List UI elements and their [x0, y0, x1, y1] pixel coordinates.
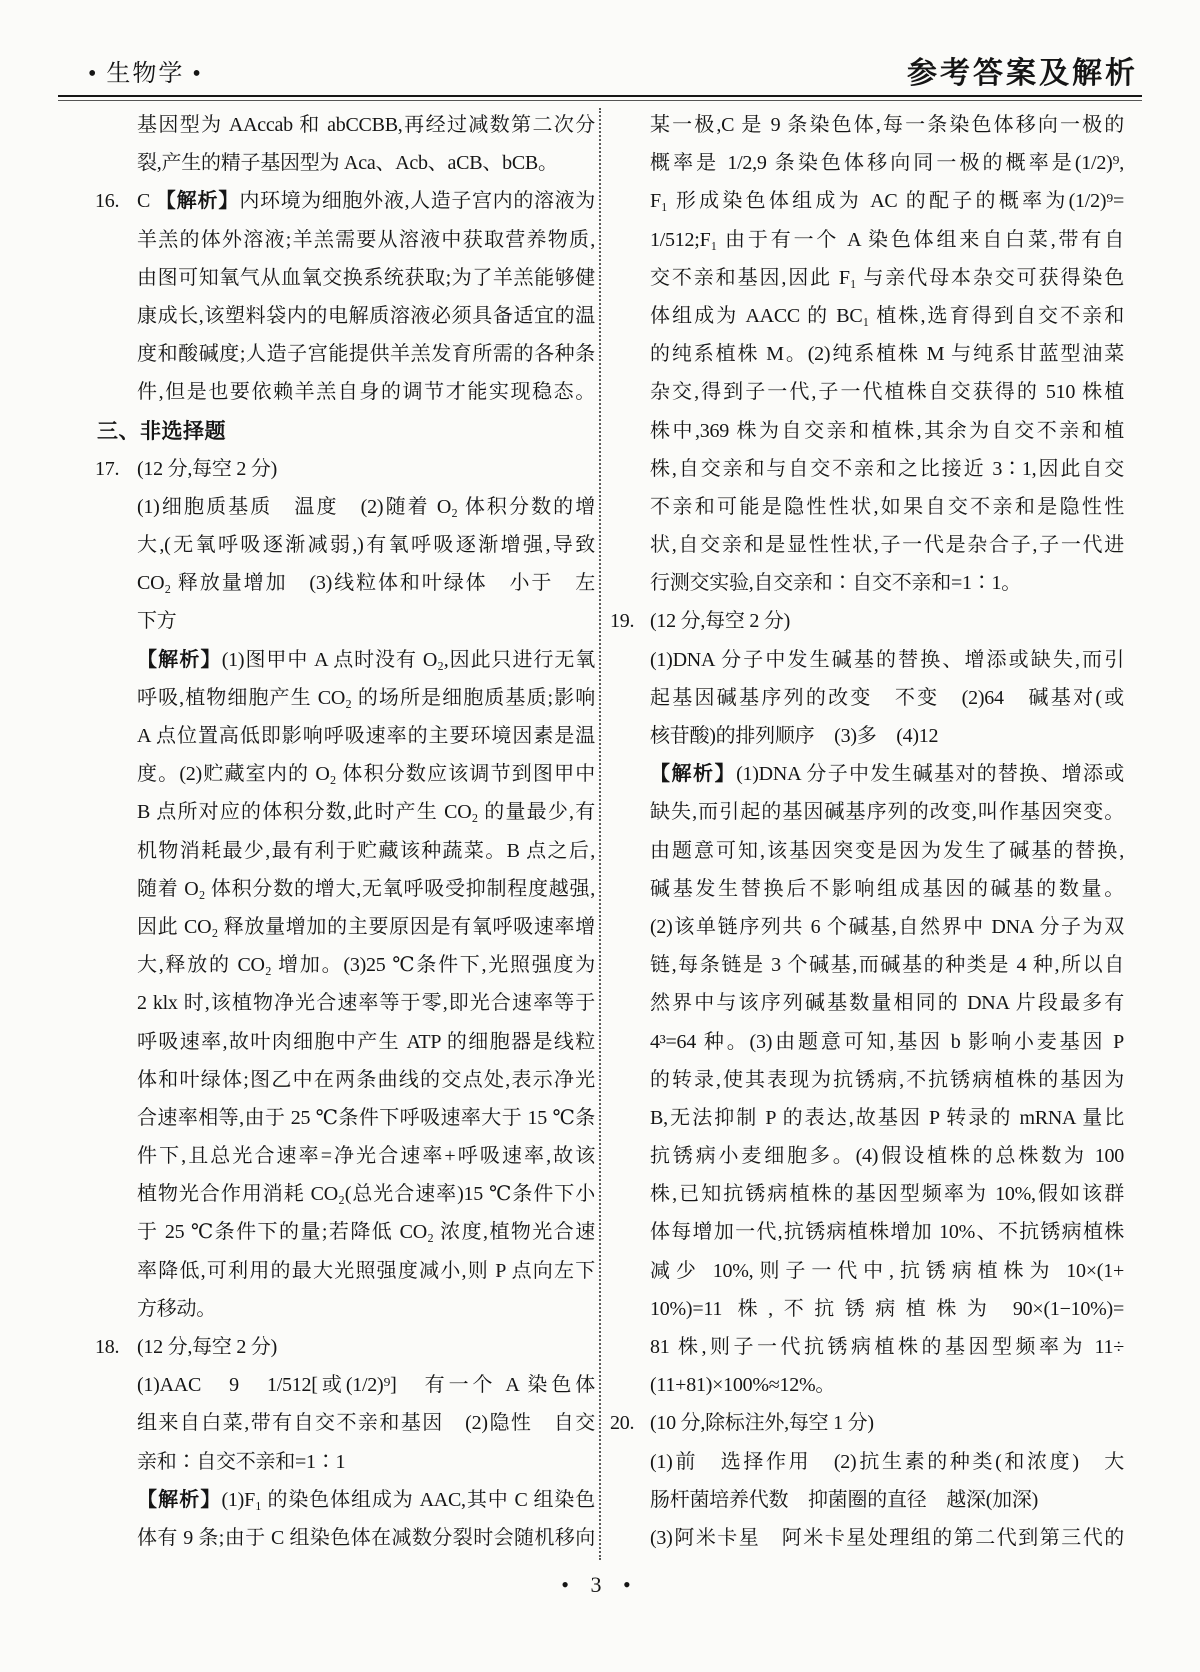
item-number: 16. [95, 182, 135, 220]
text-line: 17. (12 分,每空 2 分) [95, 450, 595, 488]
line-text: 状,自交亲和是显性性状,子一代是杂合子,子一代进 [650, 526, 1124, 564]
line-text: 某一极,C 是 9 条染色体,每一条染色体移向一极的 [650, 106, 1124, 144]
line-text: 的转录,使其表现为抗锈病,不抗锈病植株的基因为 [650, 1061, 1124, 1099]
line-text: 起基因碱基序列的改变 不变 (2)64 碱基对(或 [650, 679, 1124, 717]
text-line: 核苷酸)的排列顺序 (3)多 (4)12 [610, 717, 1124, 755]
text-line: 方移动。 [95, 1290, 595, 1328]
line-text: 合速率相等,由于 25 ℃条件下呼吸速率大于 15 ℃条 [137, 1099, 595, 1137]
text-line: 株,已知抗锈病植株的基因型频率为 10%,假如该群 [610, 1175, 1124, 1213]
line-text: 链,每条链是 3 个碱基,而碱基的种类是 4 种,所以自 [650, 946, 1124, 984]
line-text: (11+81)×100%≈12%。 [650, 1366, 1124, 1404]
line-text: 概率是 1/2,9 条染色体移向同一极的概率是(1/2)⁹, [650, 144, 1124, 182]
line-text: 杂交,得到子一代,子一代植株自交获得的 510 株植 [650, 373, 1124, 411]
text-line: (1)细胞质基质 温度 (2)随着 O₂ 体积分数的增 [95, 488, 595, 526]
text-line: (1)AAC 9 1/512[或(1/2)⁹] 有一个 A 染色体 [95, 1366, 595, 1404]
text-line: 亲和∶自交不亲和=1∶1 [95, 1443, 595, 1481]
line-text: F₁ 形成染色体组成为 AC 的配子的概率为(1/2)⁹= [650, 182, 1124, 220]
text-line: 4³=64 种。(3)由题意可知,基因 b 影响小麦基因 P [610, 1023, 1124, 1061]
text-line: 抗锈病小麦细胞多。(4)假设植株的总株数为 100 [610, 1137, 1124, 1175]
line-text: 于 25 ℃条件下的量;若降低 CO₂ 浓度,植物光合速 [137, 1213, 595, 1251]
text-line: 某一极,C 是 9 条染色体,每一条染色体移向一极的 [610, 106, 1124, 144]
line-text: 体每增加一代,抗锈病植株增加 10%、不抗锈病植株 [650, 1213, 1124, 1251]
text-line: 植物光合作用消耗 CO₂(总光合速率)15 ℃条件下小 [95, 1175, 595, 1213]
text-line: 基因型为 AAccab 和 abCCBB,再经过减数第二次分 [95, 106, 595, 144]
text-line: 碱基发生替换后不影响组成基因的碱基的数量。 [610, 870, 1124, 908]
line-text: 下方 [137, 602, 595, 640]
text-line: 缺失,而引起的基因碱基序列的改变,叫作基因突变。 [610, 793, 1124, 831]
line-text: 度。(2)贮藏室内的 O₂ 体积分数应该调节到图甲中 [137, 755, 595, 793]
page-title: 参考答案及解析 [907, 48, 1138, 92]
line-text: 亲和∶自交不亲和=1∶1 [137, 1443, 595, 1481]
page-header: • 生物学 • 参考答案及解析 [58, 52, 1142, 92]
answer-key-page: { "page": { "header": { "journal": "• 生物… [0, 0, 1200, 1672]
text-line: 体和叶绿体;图乙中在两条曲线的交点处,表示净光 [95, 1061, 595, 1099]
line-text: 体和叶绿体;图乙中在两条曲线的交点处,表示净光 [137, 1061, 595, 1099]
line-text: 81 株,则子一代抗锈病植株的基因型频率为 11÷ [650, 1328, 1124, 1366]
line-text: (1)AAC 9 1/512[或(1/2)⁹] 有一个 A 染色体 [137, 1366, 595, 1404]
item-number: 18. [95, 1328, 135, 1366]
line-text: B,无法抑制 P 的表达,故基因 P 转录的 mRNA 量比 [650, 1099, 1124, 1137]
text-line: 20. (10 分,除标注外,每空 1 分) [610, 1404, 1124, 1442]
line-text: 康成长,该塑料袋内的电解质溶液必须具备适宜的温 [137, 297, 595, 335]
text-line: (3)阿米卡星 阿米卡星处理组的第二代到第三代的 [610, 1519, 1124, 1557]
text-line: 件下,且总光合速率=净光合速率+呼吸速率,故该 [95, 1137, 595, 1175]
line-text: 肠杆菌培养代数 抑菌圈的直径 越深(加深) [650, 1481, 1124, 1519]
line-text: (1)细胞质基质 温度 (2)随着 O₂ 体积分数的增 [137, 488, 595, 526]
text-line: 体有 9 条;由于 C 组染色体在减数分裂时会随机移向 [95, 1519, 595, 1557]
line-text: (3)阿米卡星 阿米卡星处理组的第二代到第三代的 [650, 1519, 1124, 1557]
item-number: 20. [610, 1404, 650, 1442]
line-text: 因此 CO₂ 释放量增加的主要原因是有氧呼吸速率增 [137, 908, 595, 946]
text-line: 体组成为 AACC 的 BC₁ 植株,选育得到自交不亲和 [610, 297, 1124, 335]
line-text: 10%)=11 株,不抗锈病植株为 90×(1−10%)= [650, 1290, 1124, 1328]
line-text: B 点所对应的体积分数,此时产生 CO₂ 的量最少,有 [137, 793, 595, 831]
text-line: (11+81)×100%≈12%。 [610, 1366, 1124, 1404]
line-text: 缺失,而引起的基因碱基序列的改变,叫作基因突变。 [650, 793, 1124, 831]
text-line: 度。(2)贮藏室内的 O₂ 体积分数应该调节到图甲中 [95, 755, 595, 793]
line-text: 呼吸速率,故叶肉细胞中产生 ATP 的细胞器是线粒 [137, 1023, 595, 1061]
item-number: 17. [95, 450, 135, 488]
text-line: 件,但是也要依赖羊羔自身的调节才能实现稳态。 [95, 373, 595, 411]
text-line: (1)DNA 分子中发生碱基的替换、增添或缺失,而引 [610, 641, 1124, 679]
text-line: F₁ 形成染色体组成为 AC 的配子的概率为(1/2)⁹= [610, 182, 1124, 220]
line-text: 植物光合作用消耗 CO₂(总光合速率)15 ℃条件下小 [137, 1175, 595, 1213]
line-text: 核苷酸)的排列顺序 (3)多 (4)12 [650, 717, 1124, 755]
line-text: 2 klx 时,该植物净光合速率等于零,即光合速率等于 [137, 984, 595, 1022]
line-text: 减少 10%,则子一代中,抗锈病植株为 10×(1+ [650, 1252, 1124, 1290]
line-text: 株,自交亲和与自交不亲和之比接近 3∶1,因此自交 [650, 450, 1124, 488]
line-text: 基因型为 AAccab 和 abCCBB,再经过减数第二次分 [137, 106, 595, 144]
text-line: 由题意可知,该基因突变是因为发生了碱基的替换, [610, 832, 1124, 870]
line-text: 裂,产生的精子基因型为 Aca、Acb、aCB、bCB。 [137, 144, 595, 182]
line-text: 株中,369 株为自交亲和植株,其余为自交不亲和植 [650, 412, 1124, 450]
line-text: A 点位置高低即影响呼吸速率的主要环境因素是温 [137, 717, 595, 755]
line-text: 不亲和可能是隐性性状,如果自交不亲和是隐性性 [650, 488, 1124, 526]
text-line: 81 株,则子一代抗锈病植株的基因型频率为 11÷ [610, 1328, 1124, 1366]
text-line: 株中,369 株为自交亲和植株,其余为自交不亲和植 [610, 412, 1124, 450]
line-text: 方移动。 [137, 1290, 595, 1328]
item-number: 19. [610, 602, 650, 640]
text-line: 下方 [95, 602, 595, 640]
line-text: (1)前 选择作用 (2)抗生素的种类(和浓度) 大 [650, 1443, 1124, 1481]
text-line: 呼吸,植物细胞产生 CO₂ 的场所是细胞质基质;影响 [95, 679, 595, 717]
line-text: 【解析】(1)图甲中 A 点时没有 O₂,因此只进行无氧 [137, 641, 595, 679]
text-line: 18. (12 分,每空 2 分) [95, 1328, 595, 1366]
text-line: B,无法抑制 P 的表达,故基因 P 转录的 mRNA 量比 [610, 1099, 1124, 1137]
line-text: (2)该单链序列共 6 个碱基,自然界中 DNA 分子为双 [650, 908, 1124, 946]
text-line: 起基因碱基序列的改变 不变 (2)64 碱基对(或 [610, 679, 1124, 717]
text-line: 体每增加一代,抗锈病植株增加 10%、不抗锈病植株 [610, 1213, 1124, 1251]
text-line: CO₂ 释放量增加 (3)线粒体和叶绿体 小于 左 [95, 564, 595, 602]
text-line: 机物消耗最少,最有利于贮藏该种蔬菜。B 点之后, [95, 832, 595, 870]
text-line: 随着 O₂ 体积分数的增大,无氧呼吸受抑制程度越强, [95, 870, 595, 908]
line-text: 由图可知氧气从血氧交换系统获取;为了羊羔能够健 [137, 259, 595, 297]
text-line: 由图可知氧气从血氧交换系统获取;为了羊羔能够健 [95, 259, 595, 297]
line-text: (1)DNA 分子中发生碱基的替换、增添或缺失,而引 [650, 641, 1124, 679]
text-line: 行测交实验,自交亲和∶自交不亲和=1∶1。 [610, 564, 1124, 602]
line-text: (12 分,每空 2 分) [137, 1328, 595, 1366]
text-line: 状,自交亲和是显性性状,子一代是杂合子,子一代进 [610, 526, 1124, 564]
text-line: 交不亲和基因,因此 F₁ 与亲代母本杂交可获得染色 [610, 259, 1124, 297]
line-text: 【解析】(1)F₁ 的染色体组成为 AAC,其中 C 组染色 [137, 1481, 595, 1519]
text-line: 于 25 ℃条件下的量;若降低 CO₂ 浓度,植物光合速 [95, 1213, 595, 1251]
left-column: 基因型为 AAccab 和 abCCBB,再经过减数第二次分 裂,产生的精子基因… [95, 106, 595, 1557]
text-line: 【解析】(1)DNA 分子中发生碱基对的替换、增添或 [610, 755, 1124, 793]
line-text: 大,释放的 CO₂ 增加。(3)25 ℃条件下,光照强度为 [137, 946, 595, 984]
text-line: 的转录,使其表现为抗锈病,不抗锈病植株的基因为 [610, 1061, 1124, 1099]
text-line: (1)前 选择作用 (2)抗生素的种类(和浓度) 大 [610, 1443, 1124, 1481]
text-line: 大,释放的 CO₂ 增加。(3)25 ℃条件下,光照强度为 [95, 946, 595, 984]
line-text: 随着 O₂ 体积分数的增大,无氧呼吸受抑制程度越强, [137, 870, 595, 908]
journal-label: • 生物学 • [88, 53, 203, 88]
text-line: 组来自白菜,带有自交不亲和基因 (2)隐性 自交 [95, 1404, 595, 1442]
text-line: 因此 CO₂ 释放量增加的主要原因是有氧呼吸速率增 [95, 908, 595, 946]
text-line: 裂,产生的精子基因型为 Aca、Acb、aCB、bCB。 [95, 144, 595, 182]
text-line: 株,自交亲和与自交不亲和之比接近 3∶1,因此自交 [610, 450, 1124, 488]
text-line: 合速率相等,由于 25 ℃条件下呼吸速率大于 15 ℃条 [95, 1099, 595, 1137]
line-text: 组来自白菜,带有自交不亲和基因 (2)隐性 自交 [137, 1404, 595, 1442]
line-text: C 【解析】内环境为细胞外液,人造子宫内的溶液为 [137, 182, 595, 220]
line-text: 【解析】(1)DNA 分子中发生碱基对的替换、增添或 [650, 755, 1124, 793]
line-text: 羊羔的体外溶液;羊羔需要从溶液中获取营养物质, [137, 221, 595, 259]
line-text: 1/512;F₁ 由于有一个 A 染色体组来自白菜,带有自 [650, 221, 1124, 259]
line-text: 株,已知抗锈病植株的基因型频率为 10%,假如该群 [650, 1175, 1124, 1213]
line-text: 三、非选择题 [97, 412, 595, 450]
text-line: B 点所对应的体积分数,此时产生 CO₂ 的量最少,有 [95, 793, 595, 831]
line-text: 交不亲和基因,因此 F₁ 与亲代母本杂交可获得染色 [650, 259, 1124, 297]
text-line: 的纯系植株 M。(2)纯系植株 M 与纯系甘蓝型油菜 [610, 335, 1124, 373]
text-line: 19. (12 分,每空 2 分) [610, 602, 1124, 640]
line-text: 的纯系植株 M。(2)纯系植株 M 与纯系甘蓝型油菜 [650, 335, 1124, 373]
text-line: 呼吸速率,故叶肉细胞中产生 ATP 的细胞器是线粒 [95, 1023, 595, 1061]
line-text: 4³=64 种。(3)由题意可知,基因 b 影响小麦基因 P [650, 1023, 1124, 1061]
text-line: (2)该单链序列共 6 个碱基,自然界中 DNA 分子为双 [610, 908, 1124, 946]
text-line: 减少 10%,则子一代中,抗锈病植株为 10×(1+ [610, 1252, 1124, 1290]
column-divider [599, 108, 601, 1560]
line-text: 件下,且总光合速率=净光合速率+呼吸速率,故该 [137, 1137, 595, 1175]
line-text: 率降低,可利用的最大光照强度减小,则 P 点向左下 [137, 1252, 595, 1290]
text-line: 大,(无氧呼吸逐渐减弱,)有氧呼吸逐渐增强,导致 [95, 526, 595, 564]
line-text: CO₂ 释放量增加 (3)线粒体和叶绿体 小于 左 [137, 564, 595, 602]
text-line: 16. C 【解析】内环境为细胞外液,人造子宫内的溶液为 [95, 182, 595, 220]
right-column: 某一极,C 是 9 条染色体,每一条染色体移向一极的 概率是 1/2,9 条染色… [610, 106, 1124, 1557]
line-text: 度和酸碱度;人造子宫能提供羊羔发育所需的各种条 [137, 335, 595, 373]
page-number: • 3 • [0, 1572, 1200, 1598]
text-line: 三、非选择题 [95, 412, 595, 450]
text-line: 1/512;F₁ 由于有一个 A 染色体组来自白菜,带有自 [610, 221, 1124, 259]
text-line: A 点位置高低即影响呼吸速率的主要环境因素是温 [95, 717, 595, 755]
text-line: 康成长,该塑料袋内的电解质溶液必须具备适宜的温 [95, 297, 595, 335]
text-line: 肠杆菌培养代数 抑菌圈的直径 越深(加深) [610, 1481, 1124, 1519]
line-text: 大,(无氧呼吸逐渐减弱,)有氧呼吸逐渐增强,导致 [137, 526, 595, 564]
line-text: 由题意可知,该基因突变是因为发生了碱基的替换, [650, 832, 1124, 870]
line-text: 体有 9 条;由于 C 组染色体在减数分裂时会随机移向 [137, 1519, 595, 1557]
line-text: 抗锈病小麦细胞多。(4)假设植株的总株数为 100 [650, 1137, 1124, 1175]
text-line: 羊羔的体外溶液;羊羔需要从溶液中获取营养物质, [95, 221, 595, 259]
text-line: 链,每条链是 3 个碱基,而碱基的种类是 4 种,所以自 [610, 946, 1124, 984]
line-text: 机物消耗最少,最有利于贮藏该种蔬菜。B 点之后, [137, 832, 595, 870]
line-text: (12 分,每空 2 分) [137, 450, 595, 488]
line-text: 呼吸,植物细胞产生 CO₂ 的场所是细胞质基质;影响 [137, 679, 595, 717]
line-text: 碱基发生替换后不影响组成基因的碱基的数量。 [650, 870, 1124, 908]
line-text: (10 分,除标注外,每空 1 分) [650, 1404, 1124, 1442]
line-text: (12 分,每空 2 分) [650, 602, 1124, 640]
text-line: 度和酸碱度;人造子宫能提供羊羔发育所需的各种条 [95, 335, 595, 373]
text-line: 2 klx 时,该植物净光合速率等于零,即光合速率等于 [95, 984, 595, 1022]
text-line: 【解析】(1)F₁ 的染色体组成为 AAC,其中 C 组染色 [95, 1481, 595, 1519]
line-text: 然界中与该序列碱基数量相同的 DNA 片段最多有 [650, 984, 1124, 1022]
text-line: 不亲和可能是隐性性状,如果自交不亲和是隐性性 [610, 488, 1124, 526]
text-line: 率降低,可利用的最大光照强度减小,则 P 点向左下 [95, 1252, 595, 1290]
text-line: 概率是 1/2,9 条染色体移向同一极的概率是(1/2)⁹, [610, 144, 1124, 182]
text-line: 杂交,得到子一代,子一代植株自交获得的 510 株植 [610, 373, 1124, 411]
line-text: 行测交实验,自交亲和∶自交不亲和=1∶1。 [650, 564, 1124, 602]
line-text: 体组成为 AACC 的 BC₁ 植株,选育得到自交不亲和 [650, 297, 1124, 335]
text-line: 10%)=11 株,不抗锈病植株为 90×(1−10%)= [610, 1290, 1124, 1328]
header-rule [58, 95, 1142, 101]
line-text: 件,但是也要依赖羊羔自身的调节才能实现稳态。 [137, 373, 595, 411]
text-line: 【解析】(1)图甲中 A 点时没有 O₂,因此只进行无氧 [95, 641, 595, 679]
text-line: 然界中与该序列碱基数量相同的 DNA 片段最多有 [610, 984, 1124, 1022]
